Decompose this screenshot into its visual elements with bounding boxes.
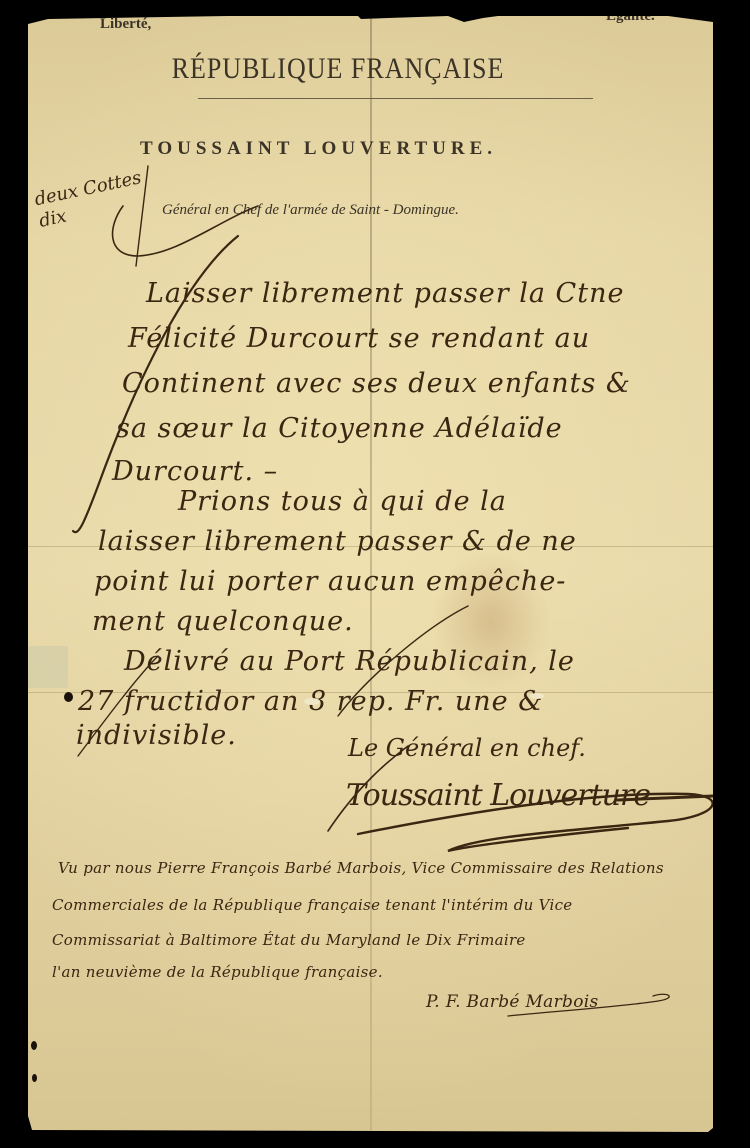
body-line: Durcourt. –: [112, 456, 278, 487]
body-line: Délivré au Port Républicain, le: [124, 646, 575, 677]
motto-egalite: Égalité.: [606, 8, 655, 25]
visa-line: Vu par nous Pierre François Barbé Marboi…: [58, 859, 664, 877]
ink-blot: [64, 692, 73, 702]
toussaint-signature: Toussaint Louverture: [346, 778, 650, 813]
body-line: laisser librement passer & de ne: [98, 526, 577, 557]
body-line: Félicité Durcourt se rendant au: [128, 323, 590, 354]
visa-line: l'an neuvième de la République française…: [52, 963, 383, 981]
document-page: Liberté, Égalité. RÉPUBLIQUE FRANÇAISE T…: [28, 16, 713, 1132]
body-line: point lui porter aucun empêche-: [94, 566, 566, 597]
paper-wear-spot: [304, 698, 320, 705]
letterhead-rule: [198, 98, 593, 99]
issuer-role: Général en Chef de l'armée de Saint - Do…: [162, 202, 459, 219]
binding-hole-mark: [31, 1041, 37, 1050]
motto-liberte: Liberté,: [100, 16, 151, 33]
offset-print-stain: [28, 646, 68, 688]
body-line: Continent avec ses deux enfants &: [122, 368, 631, 399]
letterhead-title: RÉPUBLIQUE FRANÇAISE: [28, 52, 648, 87]
marbois-signature: P. F. Barbé Marbois: [426, 992, 599, 1012]
visa-line: Commerciales de la République française …: [52, 896, 572, 914]
body-line: Prions tous à qui de la: [178, 486, 507, 517]
binding-hole-mark: [32, 1074, 37, 1082]
margin-annotation: deux Cottes dix: [33, 167, 148, 233]
visa-line: Commissariat à Baltimore État du Marylan…: [52, 931, 526, 949]
paper-wear-spot: [530, 693, 544, 699]
body-line: indivisible.: [76, 720, 237, 751]
issuer-name: TOUSSAINT LOUVERTURE.: [140, 138, 497, 160]
body-line: sa sœur la Citoyenne Adélaïde: [116, 413, 563, 444]
body-line: Laisser librement passer la Ctne: [146, 278, 624, 309]
signature-title: Le Général en chef.: [348, 734, 586, 762]
body-line: ment quelconque.: [92, 606, 354, 637]
